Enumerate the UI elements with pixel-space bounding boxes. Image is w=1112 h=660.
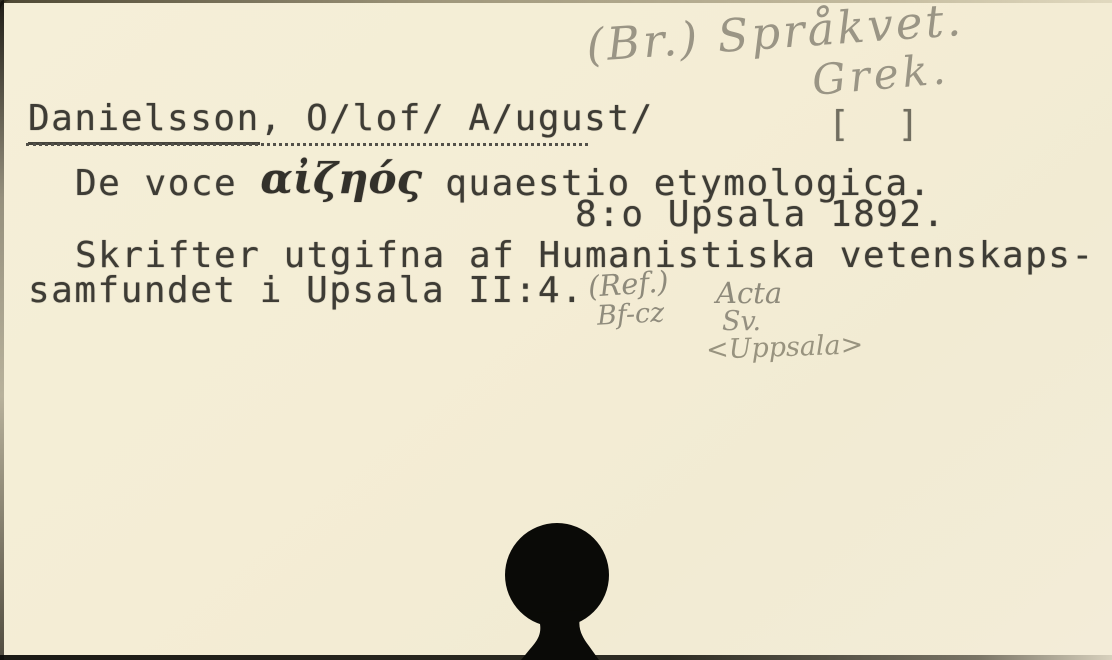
pencil-classification-line2: Grek.	[810, 48, 950, 102]
series-line2: samfundet i Upsala II:4.	[28, 273, 584, 309]
heading-dotted-underline	[26, 143, 588, 146]
card-left-edge	[0, 0, 4, 660]
typed-brackets: [ ]	[828, 104, 921, 145]
handwritten-greek-word: αἰζηός	[260, 154, 422, 203]
series-line1: Skrifter utgifna af Humanistiska vetensk…	[75, 238, 1095, 274]
catalog-card: (Br.) Språkvet. Grek. [ ] Danielsson, O/…	[0, 0, 1112, 660]
author-heading: Danielsson, O/lof/ A/ugust/	[28, 101, 654, 137]
pencil-uppsala-note: <Uppsala>	[706, 331, 864, 363]
pencil-sv-note: Sv.	[722, 308, 761, 335]
author-surname: Danielsson	[28, 98, 260, 145]
imprint-line: 8:o Upsala 1892.	[575, 197, 946, 233]
pencil-acta-note: Acta	[716, 279, 782, 308]
title-prefix: De voce	[75, 163, 260, 204]
scanned-catalog-card-page: (Br.) Språkvet. Grek. [ ] Danielsson, O/…	[0, 0, 1112, 660]
author-forenames: , O/lof/ A/ugust/	[260, 98, 654, 139]
pencil-shelfmark: Bf-cz	[596, 299, 665, 329]
punch-hole	[480, 515, 640, 660]
